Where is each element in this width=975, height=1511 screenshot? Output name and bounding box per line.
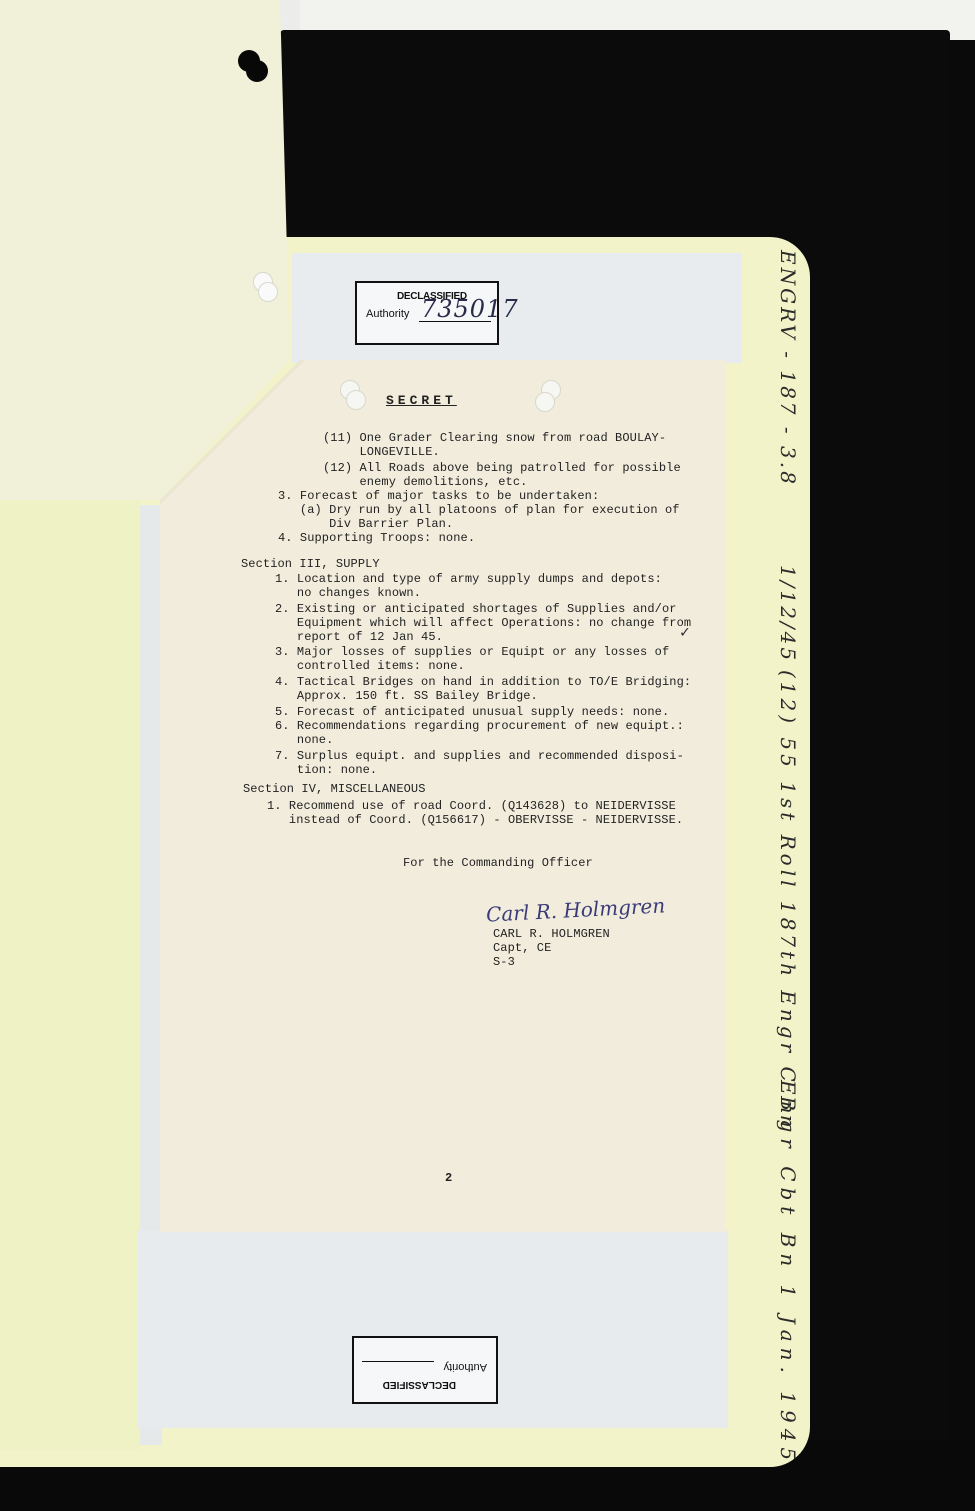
declassified-stamp-bottom: DECLASSIFIED Authority — [352, 1336, 498, 1404]
page-number: 2 — [445, 1171, 452, 1185]
report-line: LONGEVILLE. — [323, 446, 440, 458]
check-mark-icon: ✓ — [680, 622, 690, 642]
supply-item: none. — [275, 734, 333, 746]
declassified-stamp-top: DECLASSIFIED Authority 735017 — [355, 281, 499, 345]
authority-line — [362, 1361, 434, 1362]
supply-item: 4. Tactical Bridges on hand in addition … — [275, 676, 691, 688]
supply-item: no changes known. — [275, 587, 421, 599]
section-title: Section IV, MISCELLANEOUS — [243, 783, 426, 795]
closing-line: For the Commanding Officer — [403, 857, 593, 869]
misc-item: instead of Coord. (Q156617) - OBERVISSE … — [267, 814, 683, 826]
report-line: Div Barrier Plan. — [278, 518, 453, 530]
supply-item: 7. Surplus equipt. and supplies and reco… — [275, 750, 684, 762]
supply-item: report of 12 Jan 45. — [275, 631, 443, 643]
supply-item: 3. Major losses of supplies or Equipt or… — [275, 646, 669, 658]
authority-number: 735017 — [421, 295, 519, 323]
punch-hole-icon — [535, 392, 555, 412]
margin-annotation: (12) 55 1st Roll 187th Engr C Bn — [776, 670, 800, 1132]
report-line: 3. Forecast of major tasks to be underta… — [278, 490, 599, 502]
signer-name: CARL R. HOLMGREN — [493, 928, 610, 940]
punch-hole-icon — [246, 60, 268, 82]
margin-annotation: 1/12/45 — [776, 565, 800, 663]
stamp-label: DECLASSIFIED — [383, 1379, 456, 1390]
supply-item: 6. Recommendations regarding procurement… — [275, 720, 684, 732]
stamp-authority-label: Authority — [366, 308, 409, 320]
folder-left-panel — [0, 490, 140, 1450]
report-line: (12) All Roads above being patrolled for… — [323, 462, 681, 474]
margin-annotation: Engr Cbt Bn 1 Jan. 1945 — [776, 1080, 800, 1466]
section-title: Section III, SUPPLY — [241, 558, 380, 570]
classification-heading: SECRET — [386, 393, 457, 408]
supply-item: Approx. 150 ft. SS Bailey Bridge. — [275, 690, 538, 702]
report-line: enemy demolitions, etc. — [323, 476, 527, 488]
report-line: (11) One Grader Clearing snow from road … — [323, 432, 666, 444]
misc-item: 1. Recommend use of road Coord. (Q143628… — [267, 800, 676, 812]
signer-position: S-3 — [493, 956, 515, 968]
stamp-authority-label: Authority — [444, 1361, 487, 1373]
margin-annotation: ENGRV - 187 - 3.8 — [776, 250, 800, 487]
report-line: 4. Supporting Troops: none. — [278, 532, 475, 544]
supply-item: tion: none. — [275, 764, 377, 776]
supply-item: Equipment which will affect Operations: … — [275, 617, 691, 629]
punch-hole-icon — [258, 282, 278, 302]
supply-item: 2. Existing or anticipated shortages of … — [275, 603, 677, 615]
punch-hole-icon — [346, 390, 366, 410]
supply-item: controlled items: none. — [275, 660, 465, 672]
supply-item: 1. Location and type of army supply dump… — [275, 573, 662, 585]
supply-item: 5. Forecast of anticipated unusual suppl… — [275, 706, 669, 718]
signer-rank: Capt, CE — [493, 942, 551, 954]
report-line: (a) Dry run by all platoons of plan for … — [278, 504, 680, 516]
